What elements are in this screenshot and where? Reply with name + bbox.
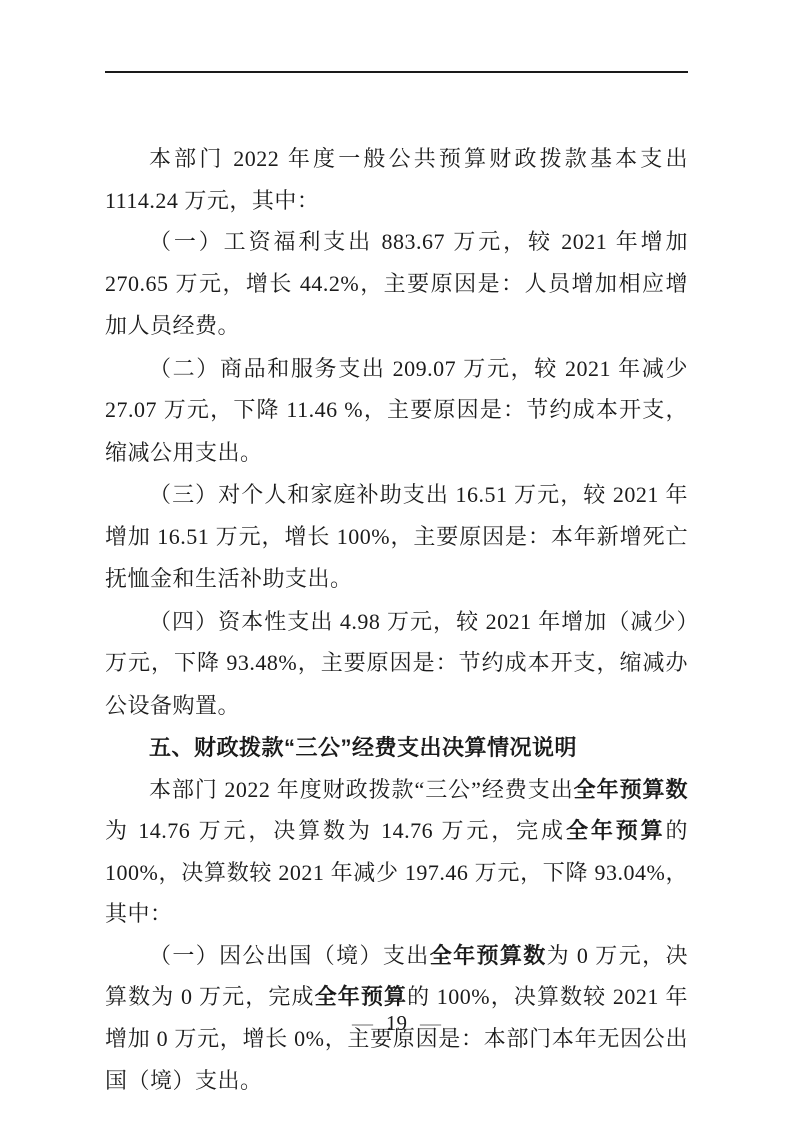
text-run: 本部门 2022 年度财政拨款“三公”经费支出	[149, 777, 574, 802]
paragraph: （三）对个人和家庭补助支出 16.51 万元，较 2021 年增加 16.51 …	[105, 474, 688, 601]
paragraph: 本部门 2022 年度财政拨款“三公”经费支出全年预算数为 14.76 万元，决…	[105, 769, 688, 935]
header-rule	[105, 71, 688, 73]
section-heading: 五、财政拨款“三公”经费支出决算情况说明	[105, 727, 688, 769]
document-body: 本部门 2022 年度一般公共预算财政拨款基本支出 1114.24 万元，其中：…	[105, 138, 688, 1103]
page-number: 19	[386, 1011, 407, 1035]
emphasis-text: 全年预算	[315, 984, 407, 1009]
text-run: （一）因公出国（境）支出	[149, 943, 430, 968]
document-page: 本部门 2022 年度一般公共预算财政拨款基本支出 1114.24 万元，其中：…	[0, 0, 793, 1122]
footer-dash-right: —	[420, 1011, 441, 1035]
emphasis-text: 全年预算数	[430, 943, 547, 968]
paragraph: （二）商品和服务支出 209.07 万元，较 2021 年减少 27.07 万元…	[105, 348, 688, 475]
paragraph: （四）资本性支出 4.98 万元，较 2021 年增加（减少） 万元，下降 93…	[105, 601, 688, 728]
page-footer: —19—	[0, 1008, 793, 1038]
emphasis-text: 全年预算	[566, 818, 666, 843]
text-run: 五、财政拨款“三公”经费支出决算情况说明	[149, 735, 577, 760]
paragraph: 本部门 2022 年度一般公共预算财政拨款基本支出 1114.24 万元，其中：	[105, 138, 688, 221]
paragraph: （一）工资福利支出 883.67 万元，较 2021 年增加 270.65 万元…	[105, 221, 688, 348]
text-run: 本部门 2022 年度一般公共预算财政拨款基本支出 1114.24 万元，其中：	[105, 146, 688, 213]
text-run: 为 14.76 万元，决算数为 14.76 万元，完成	[105, 818, 566, 843]
footer-dash-left: —	[352, 1011, 373, 1035]
emphasis-text: 全年预算数	[574, 777, 688, 802]
